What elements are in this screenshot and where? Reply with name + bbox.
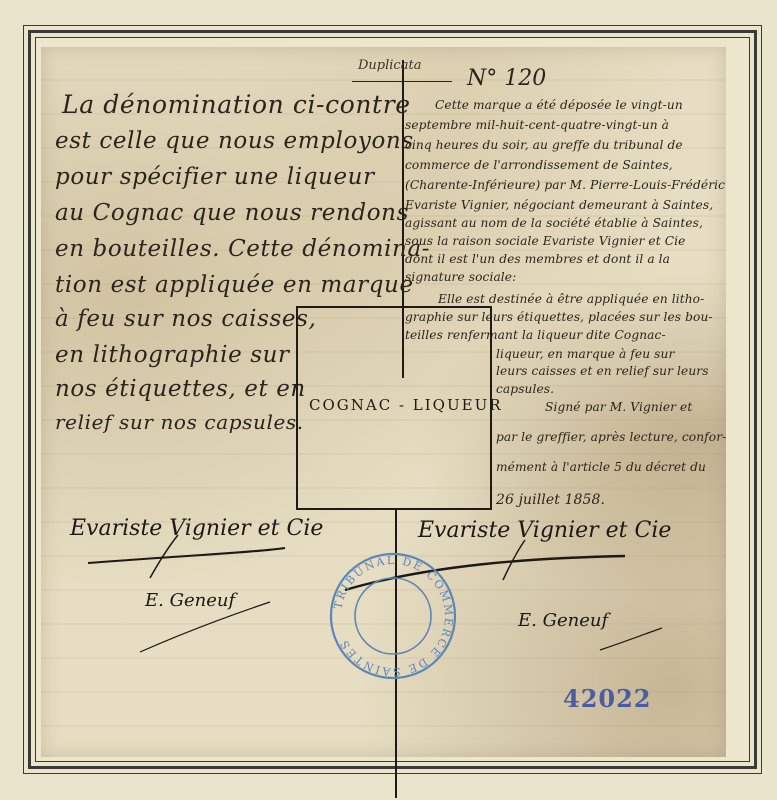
archive-stamp-number: 42022 <box>563 684 652 713</box>
court-seal-icon: TRIBUNAL DE COMMERCE DE SAINTES <box>327 550 459 682</box>
svg-text:TRIBUNAL DE COMMERCE DE SAINTE: TRIBUNAL DE COMMERCE DE SAINTES <box>331 554 455 678</box>
seal-text: TRIBUNAL DE COMMERCE DE SAINTES <box>331 554 455 678</box>
